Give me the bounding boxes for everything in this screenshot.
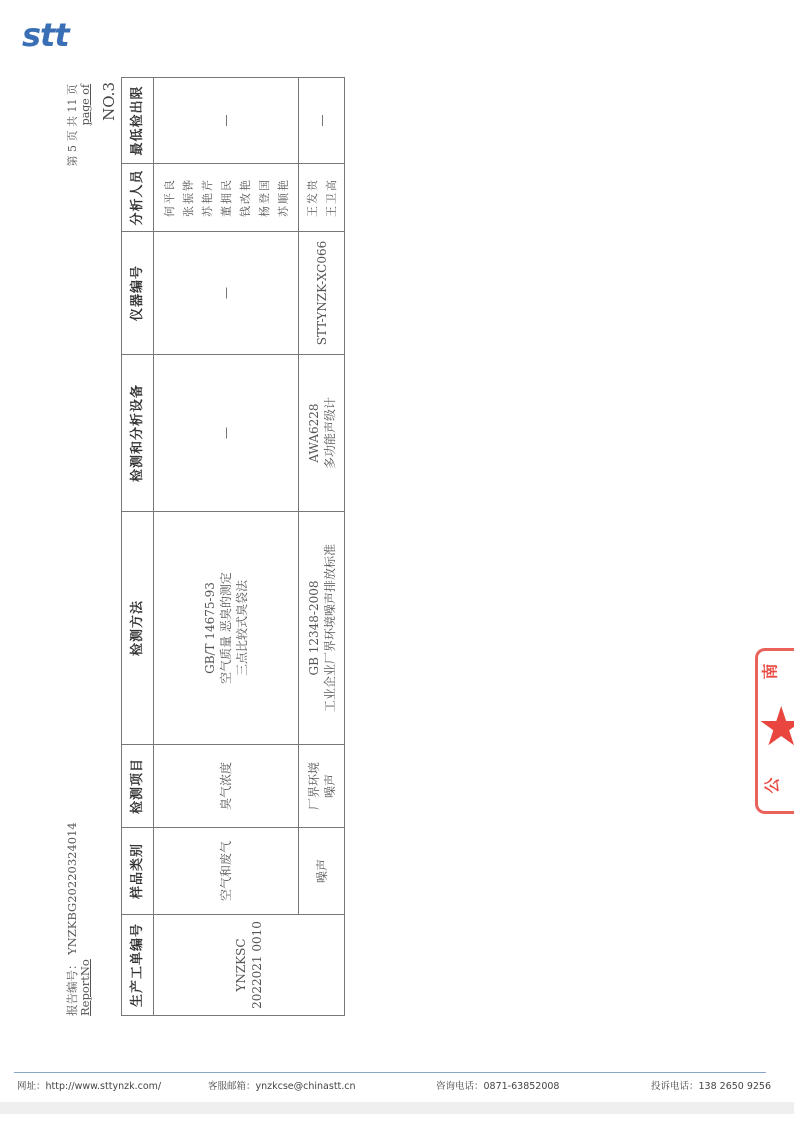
analyst-name: 何平良 — [160, 178, 179, 217]
method-line2: 工业企业厂界环境噪声排放标准 — [322, 512, 338, 744]
sample-type-cell: 噪声 — [299, 828, 345, 915]
work-order-line1: YNZKSC — [233, 915, 249, 1015]
detection-limit-cell: — — [154, 78, 299, 164]
report-number: 报告编号： YNZKBG20220324014 ReportNo — [66, 822, 92, 1016]
table-header-row: 生产工单编号 样品类别 检测项目 检测方法 检测和分析设备 仪器编号 分析人员 … — [122, 78, 154, 1016]
table-row: YNZKSC 2022021 0010 空气和废气 臭气浓度 GB/T 1467… — [154, 78, 299, 1016]
footer-divider — [14, 1072, 766, 1073]
test-method-table: 生产工单编号 样品类别 检测项目 检测方法 检测和分析设备 仪器编号 分析人员 … — [121, 77, 345, 1016]
equipment-line1: AWA6228 — [306, 355, 322, 511]
analyst-name: 杨登国 — [255, 178, 274, 217]
footer-email[interactable]: 客服邮箱：ynzkcse@chinastt.cn — [208, 1078, 356, 1092]
star-icon: ★ — [757, 700, 794, 754]
method-line1: GB/T 14675-93 — [202, 512, 218, 744]
analyst-name: 王卫高 — [322, 178, 341, 217]
analysts-cell: 王发贵王卫高 — [299, 164, 345, 232]
method-cell: GB 12348-2008 工业企业厂界环境噪声排放标准 — [299, 512, 345, 745]
sample-type-cell: 空气和废气 — [154, 828, 299, 915]
official-stamp: 南 ★ 公 — [755, 648, 794, 808]
page-text: 第 5 页 共 11 页 — [66, 84, 79, 166]
work-order-line2: 2022021 0010 — [249, 915, 265, 1015]
section-number: NO.3 — [100, 82, 118, 121]
equipment-line2: 多功能声级计 — [322, 355, 338, 511]
header-test-item: 检测项目 — [122, 745, 154, 828]
header-analysts: 分析人员 — [122, 164, 154, 232]
header-instrument-no: 仪器编号 — [122, 232, 154, 355]
instrument-no-cell: — — [154, 232, 299, 355]
company-logo: stt — [22, 16, 69, 54]
header-method: 检测方法 — [122, 512, 154, 745]
analyst-name: 张振铧 — [179, 178, 198, 217]
analysts-list: 王发贵王卫高 — [303, 164, 341, 231]
analyst-name: 苏顺艳 — [274, 178, 293, 217]
footer-consult-phone: 咨询电话：0871-63852008 — [436, 1078, 559, 1092]
stamp-text-bottom: 公 — [760, 777, 783, 793]
analyst-name: 钱改艳 — [236, 178, 255, 217]
analyst-name: 苏艳芹 — [198, 178, 217, 217]
test-item-cell: 厂界环境噪声 — [299, 745, 345, 828]
analysts-cell: 何平良张振铧苏艳芹董拥民钱改艳杨登国苏顺艳 — [154, 164, 299, 232]
footer-complaint-phone: 投诉电话：138 2650 9256 — [651, 1078, 771, 1092]
method-line3: 三点比较式臭袋法 — [234, 512, 250, 744]
instrument-no-cell: STT-YNZK-XC066 — [299, 232, 345, 355]
header-detection-limit: 最低检出限 — [122, 78, 154, 164]
report-number-label: 报告编号： — [65, 959, 79, 1017]
footer-band — [0, 1102, 794, 1114]
detection-limit-cell: — — [299, 78, 345, 164]
report-number-value: YNZKBG20220324014 — [65, 822, 79, 955]
method-line1: GB 12348-2008 — [306, 512, 322, 744]
equipment-cell: — — [154, 355, 299, 512]
header-work-order: 生产工单编号 — [122, 915, 154, 1016]
table-row: 噪声 厂界环境噪声 GB 12348-2008 工业企业厂界环境噪声排放标准 A… — [299, 78, 345, 1016]
stamp-text-top: 南 — [758, 663, 781, 679]
report-number-en: ReportNo — [79, 822, 92, 1016]
method-cell: GB/T 14675-93 空气质量 恶臭的测定 三点比较式臭袋法 — [154, 512, 299, 745]
analyst-name: 王发贵 — [303, 178, 322, 217]
work-order-cell: YNZKSC 2022021 0010 — [154, 915, 345, 1016]
equipment-cell: AWA6228 多功能声级计 — [299, 355, 345, 512]
page-text-en: page of — [79, 84, 92, 166]
method-line2: 空气质量 恶臭的测定 — [218, 512, 234, 744]
footer-website[interactable]: 网址：http://www.sttynzk.com/ — [17, 1078, 161, 1092]
analysts-list: 何平良张振铧苏艳芹董拥民钱改艳杨登国苏顺艳 — [160, 164, 293, 231]
test-item-cell: 臭气浓度 — [154, 745, 299, 828]
header-equipment: 检测和分析设备 — [122, 355, 154, 512]
analyst-name: 董拥民 — [217, 178, 236, 217]
page-info: 第 5 页 共 11 页 page of — [66, 84, 92, 166]
rotated-report-page: 报告编号： YNZKBG20220324014 ReportNo 第 5 页 共… — [58, 78, 350, 1018]
header-sample-type: 样品类别 — [122, 828, 154, 915]
